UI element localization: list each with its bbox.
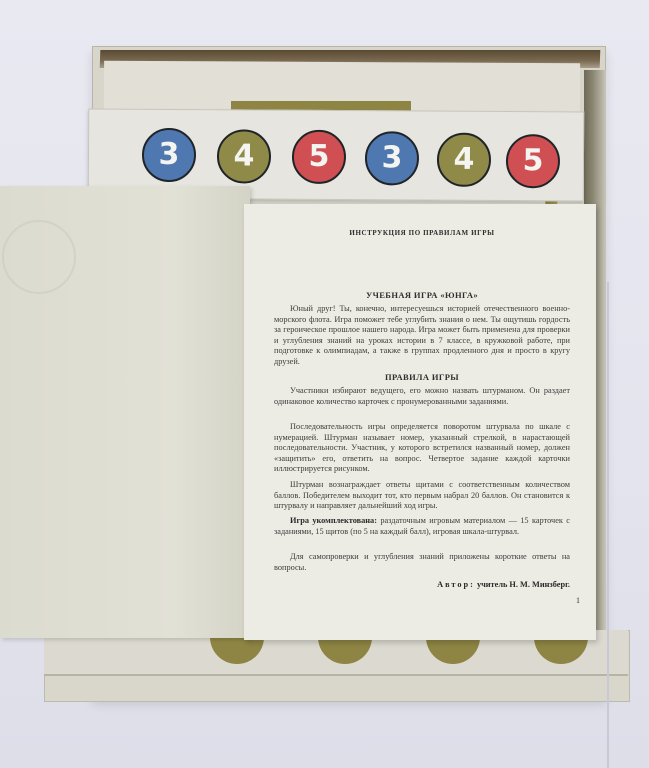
booklet-title: УЧЕБНАЯ ИГРА «ЮНГА»	[274, 290, 570, 300]
rules-title: ПРАВИЛА ИГРЫ	[274, 372, 570, 382]
emblem-watermark	[2, 220, 76, 294]
score-chip[interactable]: 3	[142, 128, 196, 182]
intro-paragraph: Юный друг! Ты, конечно, интересуешься ис…	[274, 304, 570, 368]
page-number: 1	[576, 596, 580, 605]
booklet-right-page: ИНСТРУКЦИЯ ПО ПРАВИЛАМ ИГРЫ УЧЕБНАЯ ИГРА…	[244, 204, 596, 640]
score-chip[interactable]: 5	[506, 134, 560, 188]
rules-paragraph: Участники избирают ведущего, его можно н…	[274, 386, 570, 407]
self-check-paragraph: Для самопроверки и углубления знаний при…	[274, 552, 570, 573]
background-paper-edge	[607, 282, 609, 768]
rules-paragraph: Последовательность игры определяется пов…	[274, 422, 570, 475]
kit-paragraph: Игра укомплектована: раздаточным игровым…	[274, 516, 570, 537]
score-chip[interactable]: 4	[217, 129, 271, 183]
score-chip[interactable]: 3	[365, 131, 419, 185]
author-name: учитель Н. М. Минзберг.	[477, 580, 570, 589]
author-line: Автор: учитель Н. М. Минзберг.	[437, 580, 570, 589]
booklet-header: ИНСТРУКЦИЯ ПО ПРАВИЛАМ ИГРЫ	[274, 229, 570, 237]
author-label: Автор:	[437, 580, 475, 589]
rules-paragraph: Штурман вознаграждает ответы щитами с со…	[274, 480, 570, 512]
score-chip[interactable]: 4	[437, 133, 491, 187]
kit-label: Игра укомплектована:	[290, 516, 377, 525]
score-chip[interactable]: 5	[292, 130, 346, 184]
